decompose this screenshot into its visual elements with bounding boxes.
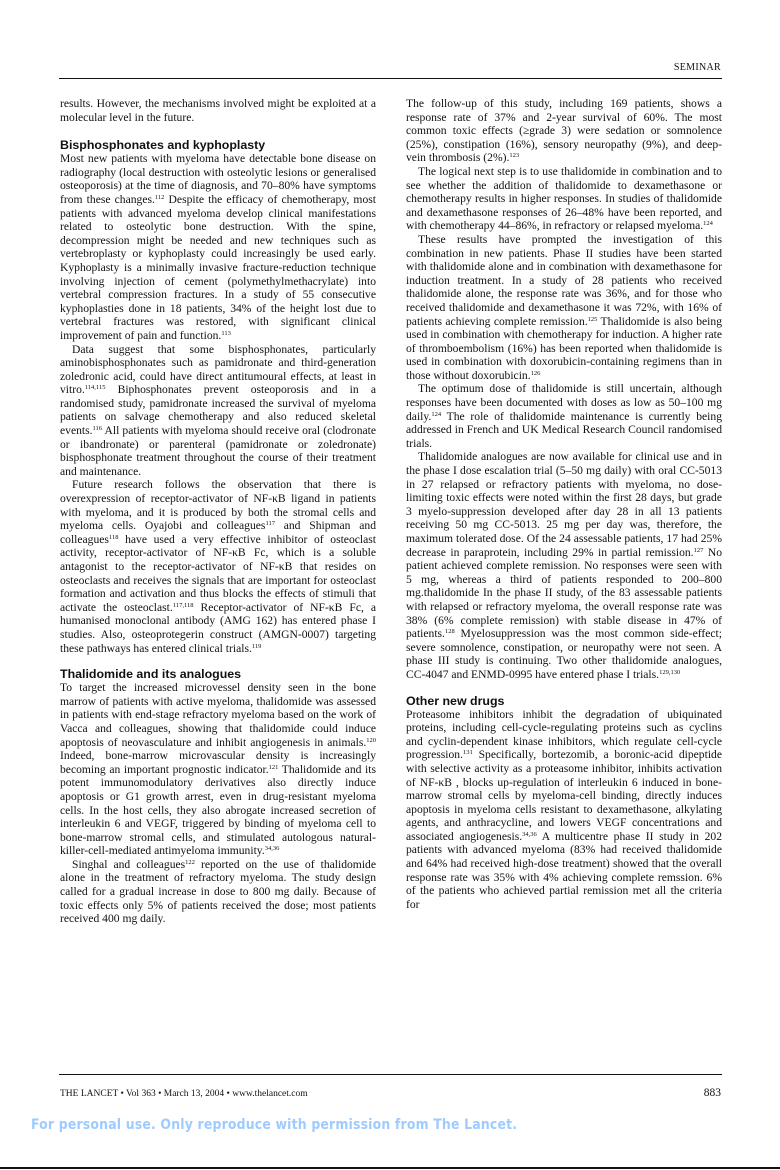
reference-marker: 126	[531, 370, 541, 377]
reference-marker: 120	[366, 737, 376, 744]
left-column: results. However, the mechanisms involve…	[60, 97, 376, 926]
page-bottom-border	[0, 1167, 780, 1169]
reference-marker: 112	[155, 194, 165, 201]
paragraph-followup: The follow-up of this study, including 1…	[406, 97, 722, 165]
reference-marker: 125	[588, 316, 598, 323]
reference-marker: 34,36	[522, 831, 537, 838]
heading-other-new-drugs: Other new drugs	[406, 694, 722, 708]
heading-bisphosphonates: Bisphosphonates and kyphoplasty	[60, 138, 376, 152]
paragraph-bisphosphonates-1: Most new patients with myeloma have dete…	[60, 152, 376, 342]
paragraph-proteasome: Proteasome inhibitors inhibit the degrad…	[406, 708, 722, 912]
reference-marker: 127	[694, 547, 704, 554]
heading-thalidomide: Thalidomide and its analogues	[60, 667, 376, 681]
reference-marker: 131	[463, 749, 473, 756]
reference-marker: 114,115	[85, 384, 106, 391]
reference-marker: 119	[252, 643, 262, 650]
paragraph-analogues: Thalidomide analogues are now available …	[406, 450, 722, 681]
reference-marker: 124	[431, 411, 441, 418]
paragraph-results-prompted: These results have prompted the investig…	[406, 233, 722, 383]
paragraph-continuation: results. However, the mechanisms involve…	[60, 97, 376, 124]
paragraph-bisphosphonates-2: Data suggest that some bisphosphonates, …	[60, 343, 376, 479]
running-header-section: SEMINAR	[674, 62, 721, 73]
footer-rule	[59, 1074, 722, 1075]
paragraph-logical-next-step: The logical next step is to use thalidom…	[406, 165, 722, 233]
reference-marker: 121	[269, 764, 279, 771]
reference-marker: 129,130	[659, 669, 680, 676]
paragraph-bisphosphonates-3: Future research follows the observation …	[60, 478, 376, 655]
paragraph-thalidomide-2: Singhal and colleagues122 reported on th…	[60, 858, 376, 926]
reference-marker: 123	[509, 152, 519, 159]
reference-marker: 122	[185, 859, 195, 866]
reference-marker: 34,36	[265, 845, 280, 852]
footer-citation: THE LANCET • Vol 363 • March 13, 2004 • …	[60, 1089, 308, 1099]
reference-marker: 124	[703, 220, 713, 227]
reference-marker: 117	[265, 520, 275, 527]
right-column: The follow-up of this study, including 1…	[406, 97, 722, 911]
reference-marker: 113	[221, 330, 231, 337]
paragraph-optimum-dose: The optimum dose of thalidomide is still…	[406, 382, 722, 450]
page-number: 883	[704, 1087, 721, 1099]
reference-marker: 117,118	[173, 602, 194, 609]
reference-marker: 116	[93, 425, 103, 432]
header-rule	[59, 78, 722, 79]
paragraph-thalidomide-1: To target the increased microvessel dens…	[60, 681, 376, 858]
reference-marker: 128	[445, 628, 455, 635]
permission-watermark: For personal use. Only reproduce with pe…	[31, 1117, 517, 1133]
journal-page: SEMINAR results. However, the mechanisms…	[0, 0, 780, 1170]
